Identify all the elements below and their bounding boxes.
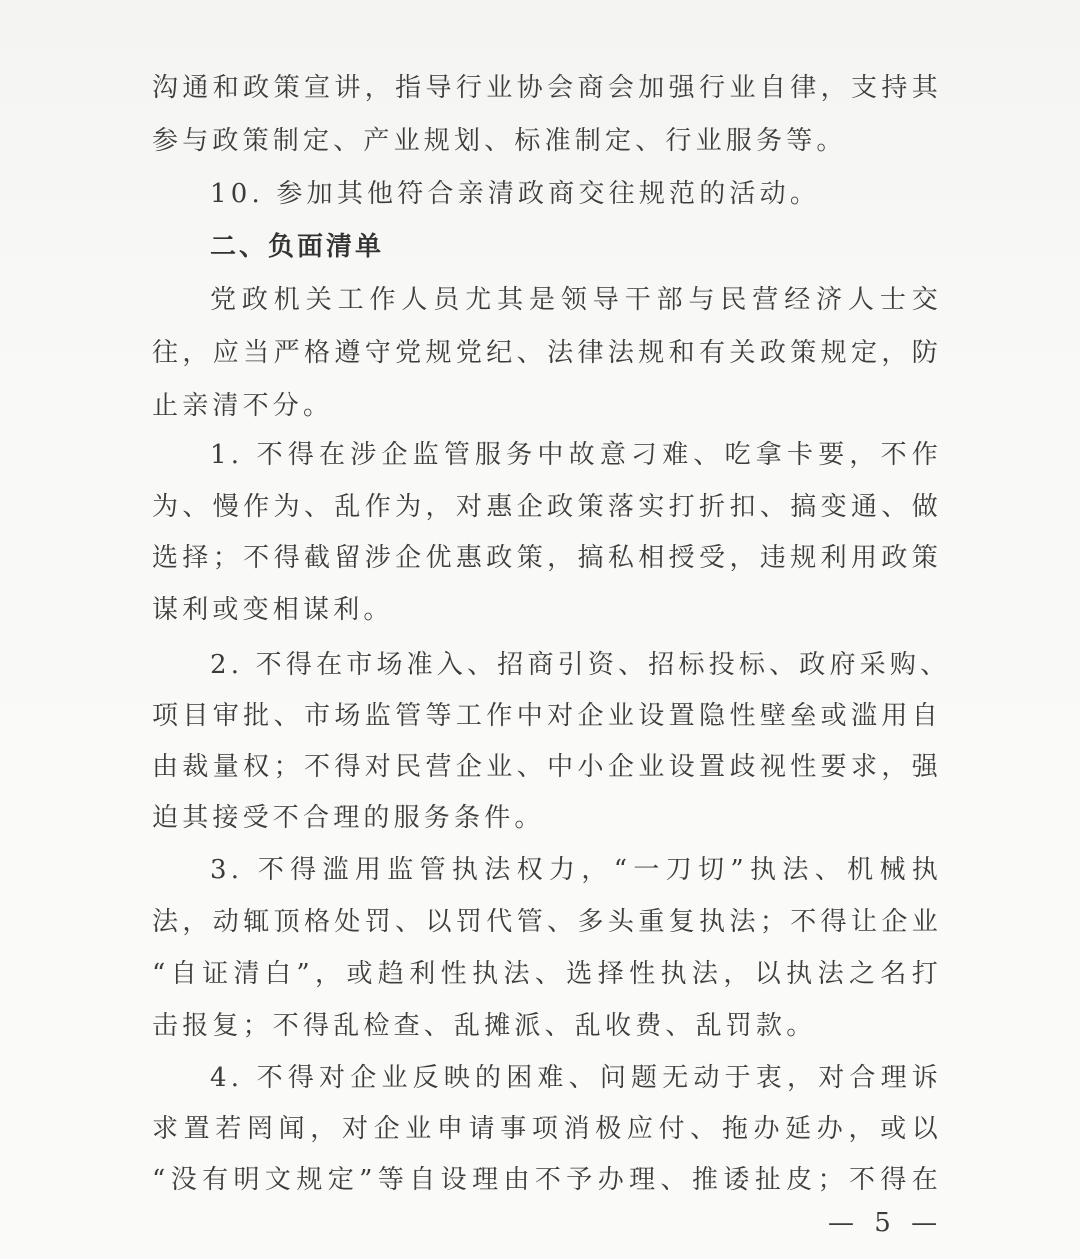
item-2-line-3: 由裁量权；不得对民营企业、中小企业设置歧视性要求，强 bbox=[152, 750, 942, 784]
intro-paragraph-line-1: 党政机关工作人员尤其是领导干部与民营经济人士交 bbox=[210, 283, 942, 317]
item-2-line-4: 迫其接受不合理的服务条件。 bbox=[152, 801, 942, 835]
item-3-line-2: 法，动辄顶格处罚、以罚代管、多头重复执法；不得让企业 bbox=[152, 905, 942, 939]
item-3-line-4: 击报复；不得乱检查、乱摊派、乱收费、乱罚款。 bbox=[152, 1009, 942, 1043]
text-line-1: 沟通和政策宣讲，指导行业协会商会加强行业自律，支持其 bbox=[152, 71, 942, 105]
intro-paragraph-line-2: 往，应当严格遵守党规党纪、法律法规和有关政策规定，防 bbox=[152, 336, 942, 370]
list-item-10: 10. 参加其他符合亲清政商交往规范的活动。 bbox=[210, 177, 942, 211]
item-2-line-1: 2. 不得在市场准入、招商引资、招标投标、政府采购、 bbox=[210, 648, 942, 682]
item-4-line-1: 4. 不得对企业反映的困难、问题无动于衷，对合理诉 bbox=[210, 1061, 942, 1095]
section-heading-negative-list: 二、负面清单 bbox=[210, 230, 942, 264]
item-1-line-1: 1. 不得在涉企监管服务中故意刁难、吃拿卡要，不作 bbox=[210, 438, 942, 472]
item-4-line-3: “没有明文规定”等自设理由不予办理、推诿扯皮；不得在 bbox=[152, 1163, 942, 1197]
item-1-line-4: 谋利或变相谋利。 bbox=[152, 593, 942, 627]
item-3-line-1: 3. 不得滥用监管执法权力，“一刀切”执法、机械执 bbox=[210, 853, 942, 887]
item-3-line-3: “自证清白”，或趋利性执法、选择性执法，以执法之名打 bbox=[152, 957, 942, 991]
document-page: 二、负面清单 沟通和政策宣讲，指导行业协会商会加强行业自律，支持其 参与政策制定… bbox=[0, 0, 1080, 1259]
item-4-line-2: 求置若罔闻，对企业申请事项消极应付、拖办延办，或以 bbox=[152, 1112, 942, 1146]
intro-paragraph-line-3: 止亲清不分。 bbox=[152, 389, 942, 423]
item-1-line-3: 选择；不得截留涉企优惠政策，搞私相授受，违规利用政策 bbox=[152, 541, 942, 575]
text-line-2: 参与政策制定、产业规划、标准制定、行业服务等。 bbox=[152, 124, 942, 158]
page-number: — 5 — bbox=[828, 1206, 943, 1240]
item-2-line-2: 项目审批、市场监管等工作中对企业设置隐性壁垒或滥用自 bbox=[152, 699, 942, 733]
item-1-line-2: 为、慢作为、乱作为，对惠企政策落实打折扣、搞变通、做 bbox=[152, 490, 942, 524]
